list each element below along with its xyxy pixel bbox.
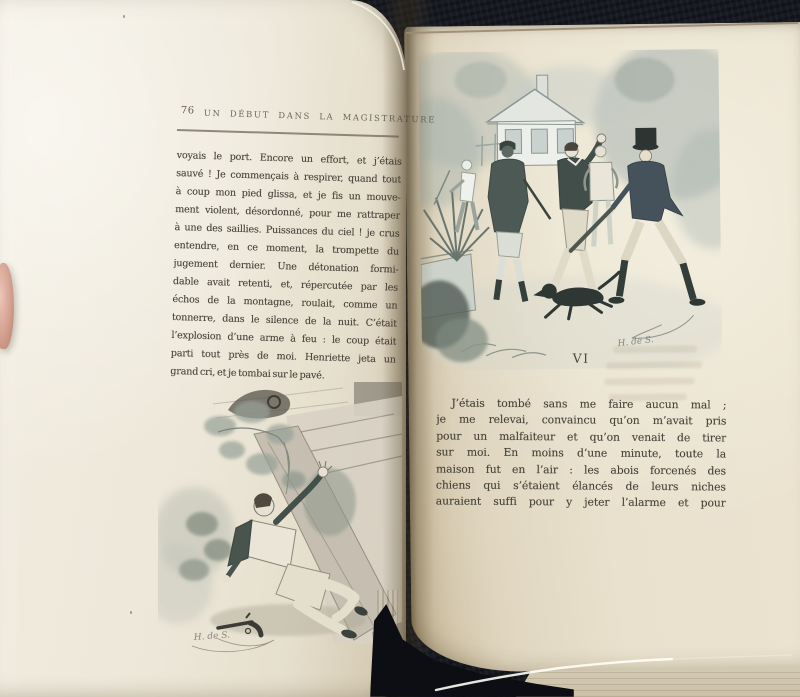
header-rule (177, 129, 399, 137)
text-line: chiens qui s’étaient élancés de leurs ni… (436, 477, 726, 495)
page-number: 76 (181, 105, 195, 116)
foliage-lower-left (158, 487, 234, 624)
text-line: maison fut en l’air : les abois forcenés… (436, 461, 726, 479)
chapter-heading: VI (436, 350, 726, 367)
show-through-mark (604, 377, 694, 385)
left-text-block: voyais le port. Encore un effort, et j’é… (170, 147, 402, 388)
bush-on-steps (304, 468, 356, 536)
running-header: 76 UN DÉBUT DANS LA MAGISTRATURE (178, 105, 400, 128)
illustration-confrontation-scene: H. de S. (418, 49, 722, 371)
text-line: auraient suffi pour y jeter l’alarme et … (436, 494, 726, 512)
text-line: pour un malfaiteur et qu’on venait de ti… (436, 428, 726, 446)
paper-speck (123, 15, 125, 18)
text-line: je me relevai, convaincu qu’on m’avait p… (436, 412, 726, 430)
book-photo: H. de S. VI J’étais tombé sans me faire … (0, 0, 800, 697)
running-title: UN DÉBUT DANS LA MAGISTRATURE (204, 107, 400, 123)
text-line: J’étais tombé sans me faire aucun mal ; (436, 395, 726, 413)
text-line: sur moi. En moins d’une minute, toute la (436, 445, 726, 463)
paper-speck (130, 611, 132, 614)
right-page: H. de S. VI J’étais tombé sans me faire … (404, 22, 800, 673)
right-text-block: J’étais tombé sans me faire aucun mal ;j… (436, 395, 727, 512)
illustration-fallen-man: H. de S. (158, 382, 402, 665)
left-page: 76 UN DÉBUT DANS LA MAGISTRATURE voyais … (0, 0, 406, 697)
